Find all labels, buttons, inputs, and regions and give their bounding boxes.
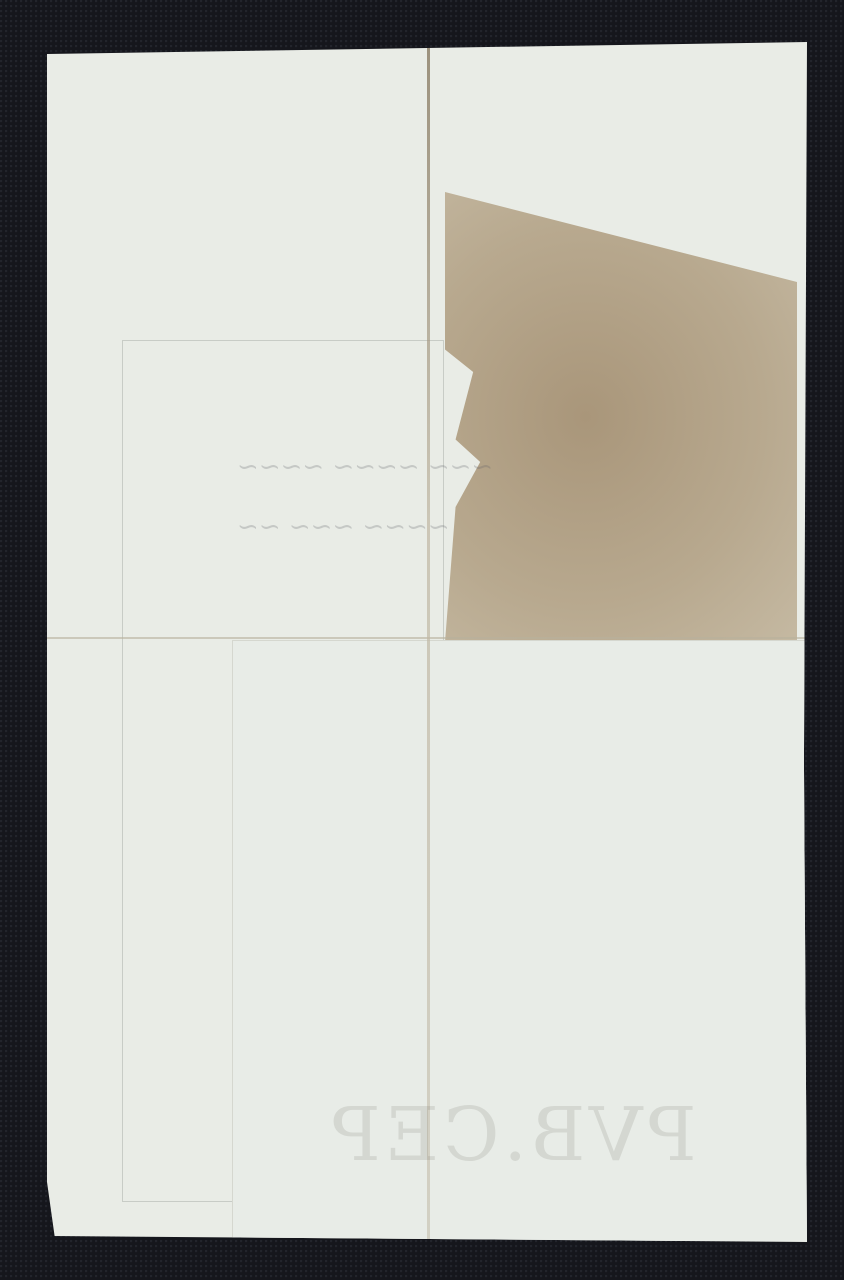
water-stain-patch (445, 192, 797, 642)
document-paper: ~~~ ~~~~ ~~~~ ~~~~ ~~~ ~~ PVB.CEP (47, 42, 807, 1242)
mirrored-handwriting: ~~~~ ~~~ ~~ (237, 512, 450, 542)
mirrored-stamp-text: PVB.CEP (327, 1092, 697, 1178)
vertical-fold (427, 42, 430, 1242)
mirrored-handwriting: ~~~ ~~~~ ~~~~ (237, 452, 493, 482)
